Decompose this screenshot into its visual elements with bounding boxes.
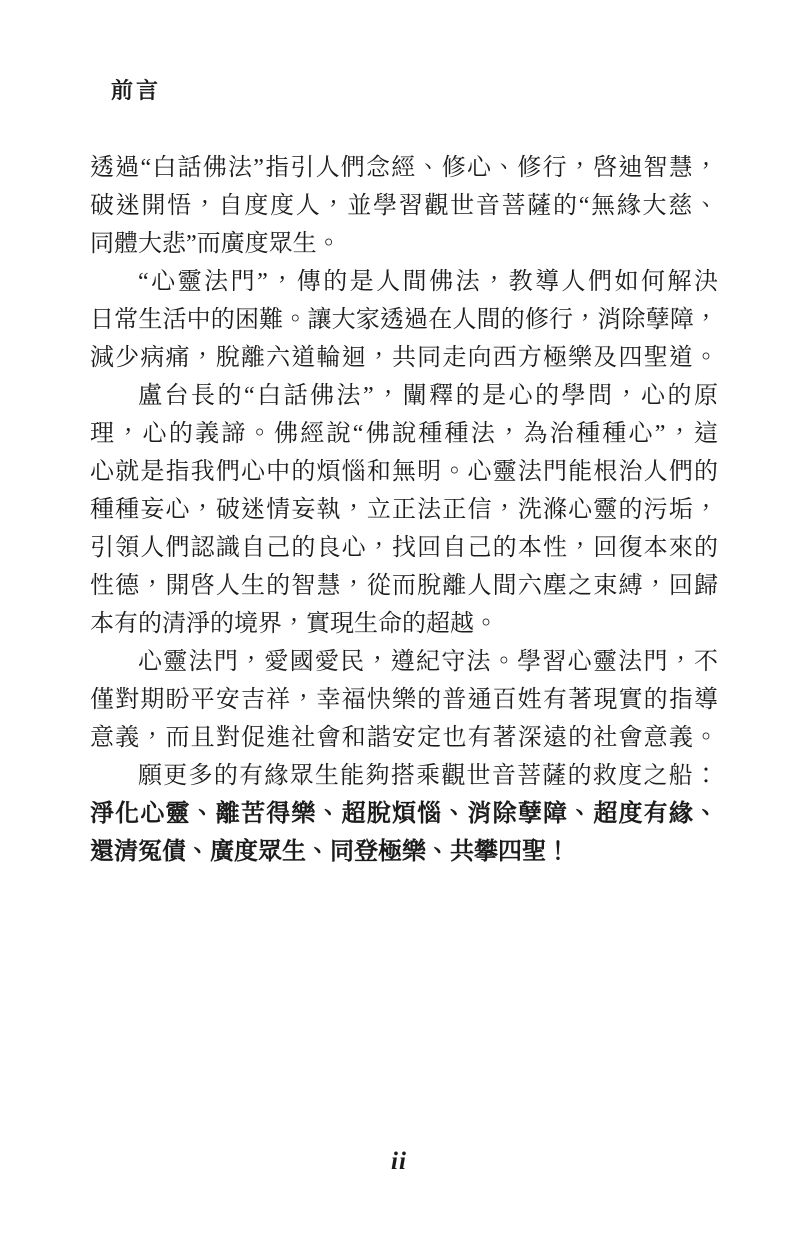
text-line: “心靈法門”，傳的是人間佛法，教導人們如何解決 (90, 263, 718, 301)
body-text: 透過“白話佛法”指引人們念經、修心、修行，啓迪智慧， 破迷開悟，自度度人，並學習… (90, 149, 718, 871)
text-line: 理，心的義諦。佛經說“佛說種種法，為治種種心”，這 (90, 415, 718, 453)
paragraph: 心靈法門，愛國愛民，遵紀守法。學習心靈法門，不 僅對期盼平安吉祥，幸福快樂的普通… (90, 643, 718, 757)
text-line: 減少病痛，脫離六道輪迴，共同走向西方極樂及四聖道。 (90, 339, 718, 377)
text-line: 種種妄心，破迷情妄執，立正法正信，洗滌心靈的污垢， (90, 491, 718, 529)
text-line-emphasis: 淨化心靈、離苦得樂、超脫煩惱、消除孽障、超度有緣、 (90, 795, 718, 833)
text-line: 性德，開啓人生的智慧，從而脫離人間六塵之束縛，回歸 (90, 567, 718, 605)
text-line-emphasis: 還清冤債、廣度眾生、同登極樂、共攀四聖！ (90, 833, 718, 871)
text-line: 同體大悲”而廣度眾生。 (90, 225, 718, 263)
book-page: 前言 透過“白話佛法”指引人們念經、修心、修行，啓迪智慧， 破迷開悟，自度度人，… (0, 0, 798, 1241)
page-number: ii (0, 1148, 798, 1176)
text-line: 願更多的有緣眾生能夠搭乘觀世音菩薩的救度之船： (90, 757, 718, 795)
text-line: 意義，而且對促進社會和諧安定也有著深遠的社會意義。 (90, 719, 718, 757)
section-title: 前言 (111, 78, 161, 104)
text-line: 本有的清淨的境界，實現生命的超越。 (90, 605, 718, 643)
paragraph: 盧台長的“白話佛法”，闡釋的是心的學問，心的原 理，心的義諦。佛經說“佛說種種法… (90, 377, 718, 643)
text-line: 心就是指我們心中的煩惱和無明。心靈法門能根治人們的 (90, 453, 718, 491)
text-line: 引領人們認識自己的良心，找回自己的本性，回復本來的 (90, 529, 718, 567)
paragraph: “心靈法門”，傳的是人間佛法，教導人們如何解決 日常生活中的困難。讓大家透過在人… (90, 263, 718, 377)
text-line: 透過“白話佛法”指引人們念經、修心、修行，啓迪智慧， (90, 149, 718, 187)
text-line: 破迷開悟，自度度人，並學習觀世音菩薩的“無緣大慈、 (90, 187, 718, 225)
text-line: 僅對期盼平安吉祥，幸福快樂的普通百姓有著現實的指導 (90, 681, 718, 719)
paragraph: 透過“白話佛法”指引人們念經、修心、修行，啓迪智慧， 破迷開悟，自度度人，並學習… (90, 149, 718, 263)
text-line: 日常生活中的困難。讓大家透過在人間的修行，消除孽障， (90, 301, 718, 339)
text-line: 盧台長的“白話佛法”，闡釋的是心的學問，心的原 (90, 377, 718, 415)
text-line: 心靈法門，愛國愛民，遵紀守法。學習心靈法門，不 (90, 643, 718, 681)
paragraph: 願更多的有緣眾生能夠搭乘觀世音菩薩的救度之船： 淨化心靈、離苦得樂、超脫煩惱、消… (90, 757, 718, 871)
